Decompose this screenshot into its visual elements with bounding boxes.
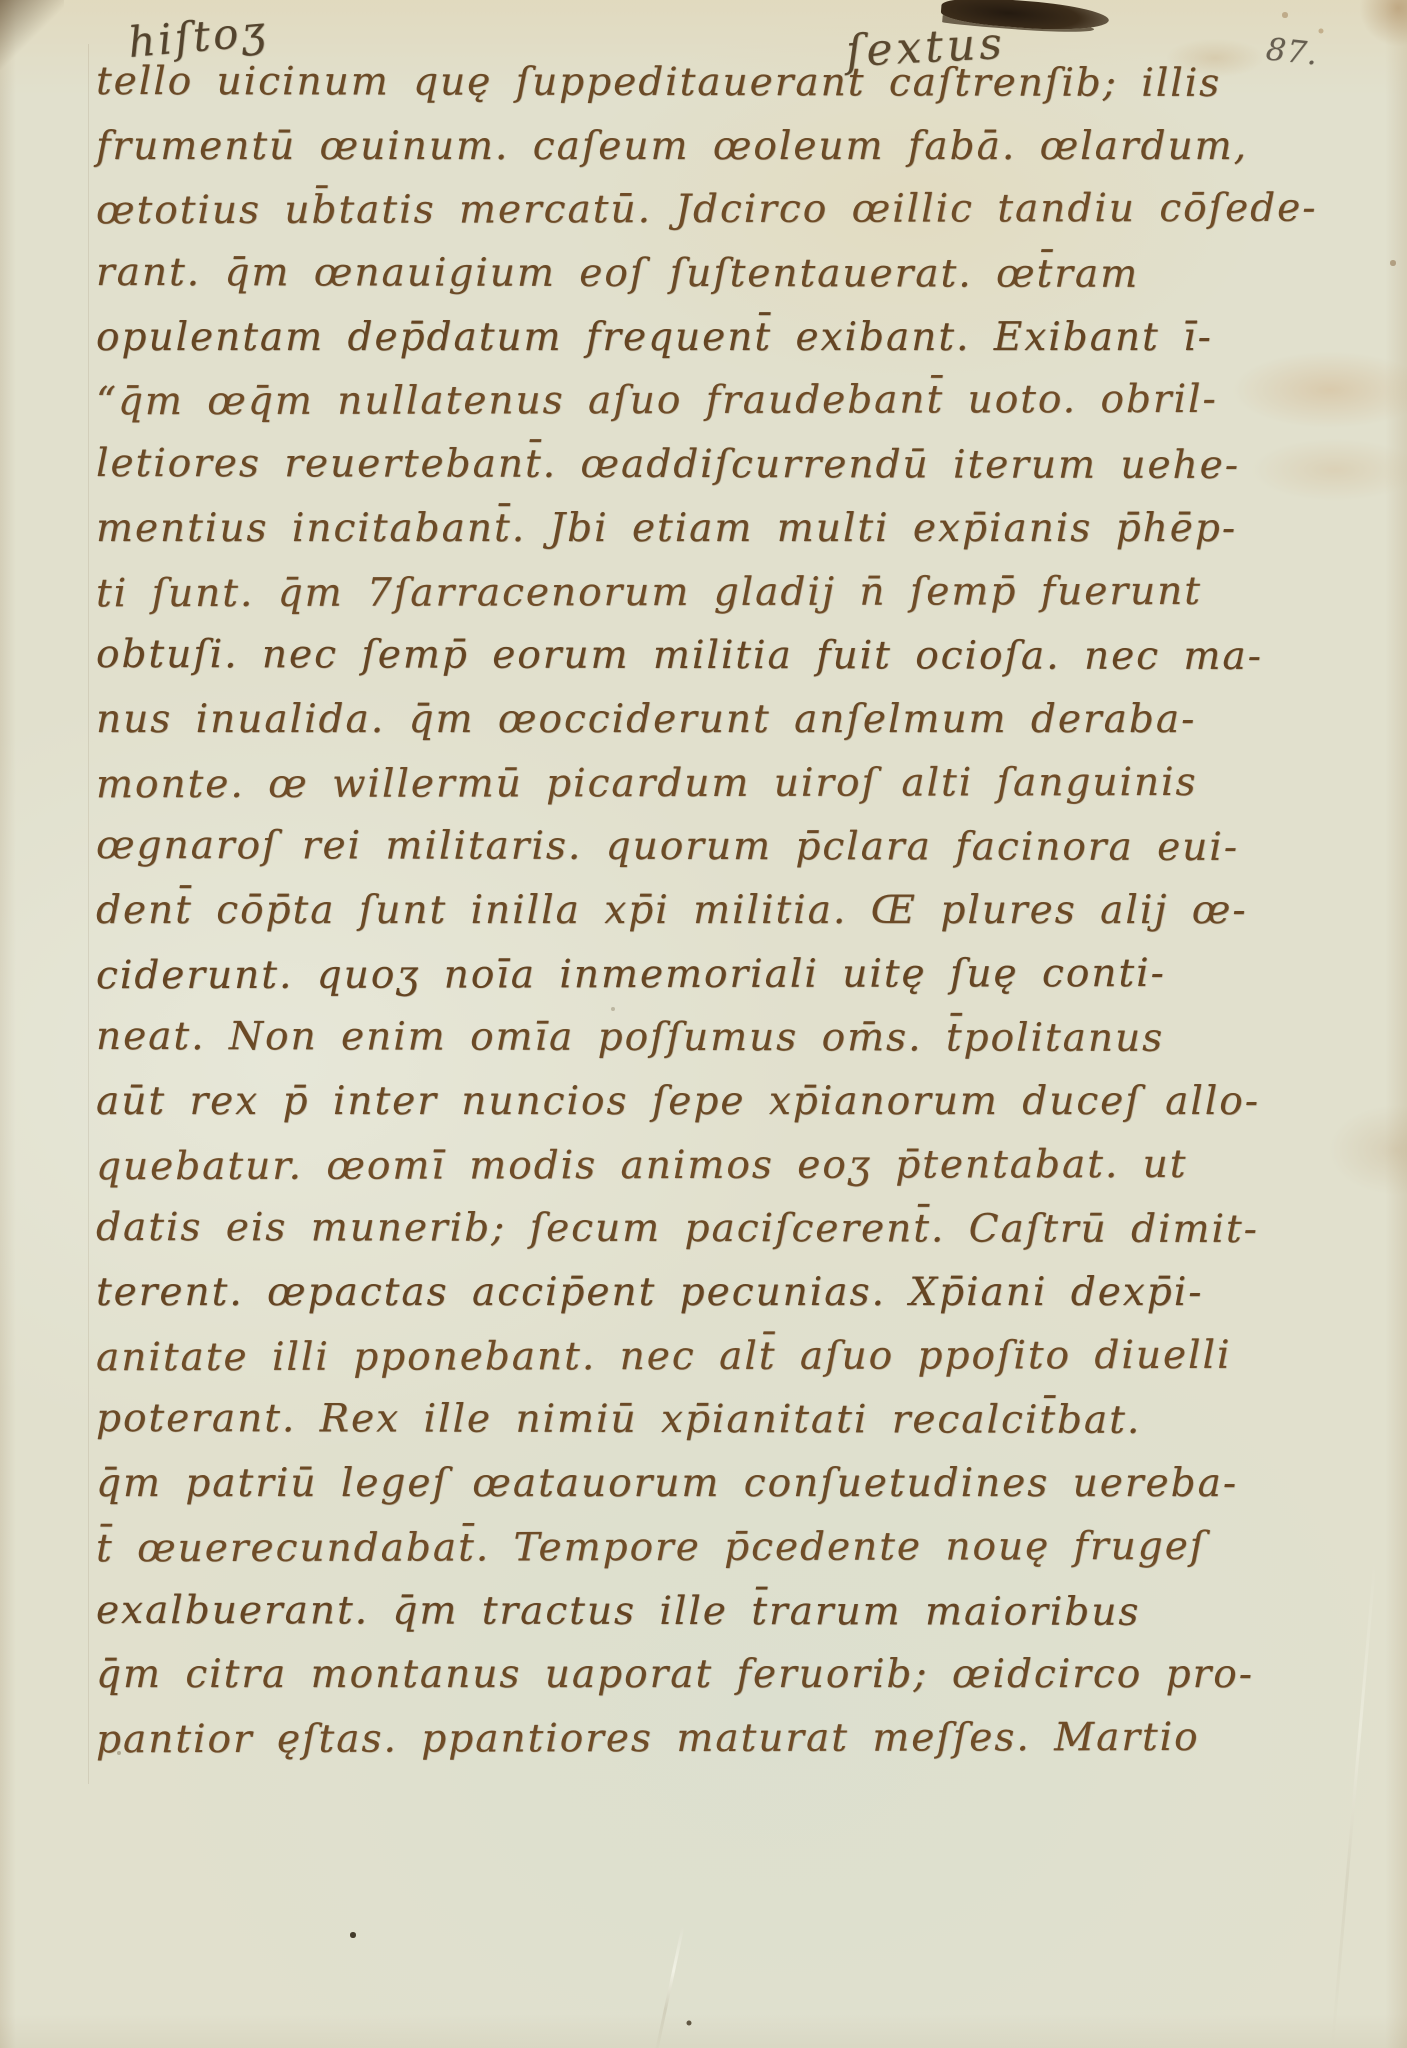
manuscript-text-line: “q̄m œq̄m nullatenus aſuo fraudebant̄ uo…: [96, 368, 1276, 434]
manuscript-text-line: q̄m citra montanus uaporat feruorib; œid…: [96, 1643, 1276, 1707]
manuscript-text-line: mentius incitabant̄. Jbi etiam multi exp…: [96, 497, 1276, 561]
manuscript-text-line: frumentū œuinum. caſeum œoleum fabā. œla…: [96, 115, 1276, 179]
manuscript-text-line: pantior ęſtas. ppantiores maturat meſſes…: [96, 1706, 1276, 1772]
manuscript-text-line: ciderunt. quoʒ noīa inmemoriali uitę ſuę…: [96, 941, 1276, 1007]
parchment-crease: [655, 1926, 685, 2048]
manuscript-text-line: t̄ œuerecundabat̄. Tempore p̄cedente nou…: [96, 1515, 1276, 1581]
manuscript-page: hiſtoʒ ſextus 87. tello uicinum quę ſupp…: [0, 0, 1407, 2048]
parchment-specks: [0, 0, 2, 2]
manuscript-text-line: rant. q̄m œnauigium eoſ ſuſtentauerat. œ…: [96, 241, 1276, 307]
manuscript-text-block: tello uicinum quę ſuppeditauerant caſtre…: [96, 51, 1276, 1771]
parchment-crease: [1331, 1561, 1377, 2048]
manuscript-text-line: letiores reuertebant̄. œaddiſcurrendū it…: [96, 432, 1276, 498]
manuscript-text-line: œtotius ub̄tatis mercatū. Jdcirco œillic…: [96, 177, 1276, 243]
manuscript-text-line: anitate illi pponebant. nec alt̄ aſuo pp…: [96, 1324, 1276, 1390]
manuscript-text-line: datis eis munerib; ſecum paciſcerent̄. C…: [96, 1196, 1276, 1262]
manuscript-text-line: exalbuerant. q̄m tractus ille t̄rarum ma…: [96, 1578, 1276, 1644]
manuscript-text-line: opulentam dep̄datum frequent̄ exibant. E…: [96, 306, 1276, 370]
manuscript-text-line: œgnaroſ rei militaris. quorum p̄clara fa…: [96, 814, 1276, 880]
manuscript-text-line: quebatur. œomī modis animos eoʒ p̄tentab…: [96, 1132, 1276, 1198]
manuscript-text-line: ti ſunt. q̄m 7ſarracenorum gladij n̄ ſem…: [96, 559, 1276, 625]
manuscript-text-line: monte. œ willermū picardum uiroſ alti ſa…: [96, 750, 1276, 816]
ruling-line: [88, 44, 89, 1784]
manuscript-text-line: obtuſi. nec ſemp̄ eorum militia fuit oci…: [96, 623, 1276, 689]
manuscript-text-line: tello uicinum quę ſuppeditauerant caſtre…: [96, 50, 1276, 116]
manuscript-text-line: nus inualida. q̄m œocciderunt anſelmum d…: [96, 688, 1276, 752]
manuscript-text-line: neat. Non enim omīa poſſumus om̄s. t̄pol…: [96, 1005, 1276, 1071]
manuscript-text-line: terent. œpactas accip̄ent pecunias. Xp̄i…: [96, 1261, 1276, 1325]
page-corner-shadow: [0, 0, 64, 70]
manuscript-text-line: poterant. Rex ille nimiū xp̄ianitati rec…: [96, 1387, 1276, 1453]
manuscript-text-line: dent̄ cōp̄ta ſunt inilla xp̄i militia. Œ…: [96, 879, 1276, 943]
manuscript-text-line: aūt rex p̄ inter nuncios ſepe xp̄ianorum…: [96, 1070, 1276, 1134]
manuscript-text-line: q̄m patriū legeſ œatauorum conſuetudines…: [96, 1452, 1276, 1516]
